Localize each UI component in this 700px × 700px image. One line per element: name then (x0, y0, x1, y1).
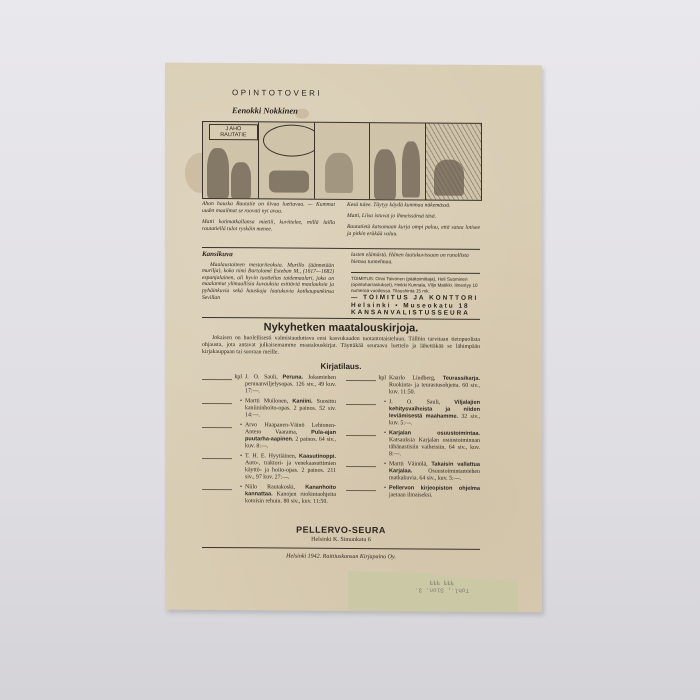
column-title: OPINTOTOVERI (232, 88, 322, 98)
advert-publisher: PELLERVO-SEURA (202, 524, 480, 536)
masthead: TOIMITUS: Onni Toivonen (päätoimittaja),… (351, 272, 480, 317)
caption: Kesä tulee. Täytyy käydä kummaa näkemäss… (347, 202, 480, 210)
masthead-publisher: KANSANVALISTUSSEURA (351, 309, 480, 317)
item-text: Kaarlo Lindberg, Teurassikarja. Ruokinta… (389, 375, 480, 397)
figure-conductor (402, 141, 420, 197)
divider (202, 247, 480, 250)
order-column-left: kplJ. O. Sauli, Peruna. Jokamiehen perun… (202, 374, 336, 509)
quantity-blank (346, 399, 376, 405)
quantity-blank (346, 375, 376, 381)
order-item: •Martti Väinölä, Takaisin vallattua Karj… (346, 461, 480, 483)
advert-intro: Jokaisen on huolellisesti valmistaudutta… (202, 335, 480, 357)
masthead-editors: TOIMITUS: Onni Toivonen (päätoimittaja),… (351, 276, 480, 295)
quantity-blank (202, 398, 232, 404)
comic-panel-4 (370, 123, 426, 199)
thought-bubble-train (263, 124, 315, 156)
figure-walkers (434, 160, 464, 196)
figure-girl (374, 149, 396, 199)
quantity-blank (202, 484, 232, 490)
item-marker: • (378, 430, 389, 458)
figure-children (325, 153, 353, 193)
cover-note-text: Maalaustaiteen mestariteoksia. Murillo (… (202, 262, 334, 302)
order-form: kplJ. O. Sauli, Peruna. Jokamiehen perun… (202, 374, 480, 510)
book-title: Karjalan osuustoimintaa. (389, 430, 480, 437)
item-marker: • (234, 422, 245, 450)
item-marker: • (234, 484, 245, 505)
item-text: Martti Väinölä, Takaisin vallattua Karja… (389, 461, 480, 483)
magazine-page: OPINTOTOVERI Eenokki Nokkinen J AHO RAUT… (165, 63, 542, 613)
book-title: Pellervon kirjeopiston ohjelma (389, 485, 480, 492)
address-label-line: Tohl., Sion. 3. (387, 585, 497, 594)
order-item: •Niilo Rautakoski, Kananhoito kannattaa.… (202, 484, 336, 506)
book-sign: J AHO RAUTATIE (209, 124, 258, 140)
book-title: Kaasutinoppi. (299, 454, 336, 460)
item-marker: kpl (234, 374, 245, 395)
cover-note-heading: Kansikuva (202, 251, 334, 259)
figure-child (231, 162, 251, 198)
advert-publisher-address: Helsinki K. Simonkatu 6 (202, 536, 480, 544)
divider (202, 317, 480, 320)
address-label-line: ꟻꟻꟻ ꟻꟻꟻ (387, 577, 497, 586)
item-marker: • (378, 485, 389, 499)
item-marker: • (378, 399, 389, 427)
item-marker: kpl (378, 375, 389, 396)
quantity-blank (346, 430, 376, 436)
item-text: J. O. Sauli, Peruna. Jokamiehen perunanv… (245, 374, 336, 396)
divider (202, 547, 480, 550)
item-text: Martti Muilonen, Kaniini. Suosittu kanii… (245, 398, 336, 420)
caption: Rautatietä katsomaan kurja ompi paluu, e… (347, 224, 480, 239)
figure-sled (269, 170, 309, 192)
order-item: kplKaarlo Lindberg, Teurassikarja. Ruoki… (346, 375, 480, 397)
order-heading: Kirjatilaus. (202, 361, 480, 372)
comic-author: Eenokki Nokkinen (232, 105, 298, 115)
caption: Ahon hauska Rautatie on kivaa luettavaa.… (202, 201, 335, 216)
order-item: kplJ. O. Sauli, Peruna. Jokamiehen perun… (202, 374, 336, 396)
item-text: Niilo Rautakoski, Kananhoito kannattaa. … (245, 484, 336, 506)
book-title: Peruna. (283, 375, 304, 381)
item-marker: • (234, 398, 245, 419)
book-title: Pula-ajan puutarha-aapinen. (245, 430, 336, 443)
comic-panel-5 (426, 124, 481, 200)
caption: Matti kotimatkallansa miettii, kuvittele… (202, 219, 335, 234)
figure-man (207, 148, 229, 198)
quantity-blank (346, 485, 376, 491)
order-item: •Arvo Haapanen-Väinö Lehtonen-Antero Vaa… (202, 422, 336, 451)
book-title: Teurassikarja. (443, 376, 480, 382)
book-title: Kananhoito kannattaa. (245, 485, 336, 498)
item-text: Arvo Haapanen-Väinö Lehtonen-Antero Vaar… (245, 422, 336, 451)
advert-title: Nykyhetken maatalouskirjoja. (202, 321, 480, 335)
order-item: •T. H. E. Hyytiäinen, Kaasutinoppi. Auto… (202, 453, 336, 482)
order-column-right: kplKaarlo Lindberg, Teurassikarja. Ruoki… (346, 375, 480, 510)
cover-note: Kansikuva Maalaustaiteen mestariteoksia.… (202, 251, 334, 302)
quantity-blank (202, 374, 232, 380)
comic-captions: Ahon hauska Rautatie on kivaa luettavaa.… (202, 201, 480, 243)
item-marker: • (378, 461, 389, 482)
comic-panel-2 (259, 122, 315, 198)
order-item: •J. O. Sauli, Viljalajien kehitysvaiheis… (346, 399, 480, 428)
caption: Matti, Liisa istuvat jo ihmeissänsä täsä… (347, 213, 480, 221)
printer-imprint: Helsinki 1942. Raittiuskansan Kirjapaino… (202, 553, 480, 561)
item-text: Pellervon kirjeopiston ohjelma jaetaan i… (389, 485, 480, 500)
comic-panel-1: J AHO RAUTATIE (203, 122, 259, 198)
order-item: •Martti Muilonen, Kaniini. Suosittu kani… (202, 398, 336, 420)
book-title: Takaisin vallattua Karjalaa. (389, 462, 480, 475)
order-item: •Pellervon kirjeopiston ohjelma jaetaan … (346, 485, 480, 500)
item-text: T. H. E. Hyytiäinen, Kaasutinoppi. Auto-… (245, 453, 336, 482)
quantity-blank (202, 422, 232, 428)
address-label: Tohl., Sion. 3. ꟻꟻꟻ ꟻꟻꟻ (387, 577, 497, 594)
quantity-blank (202, 453, 232, 459)
cover-note-continued: lasten elämästä. Hänen laatukuvissaan on… (351, 252, 480, 266)
order-item: •Karjalan osuustoimintaa. Katsauksia Kar… (346, 430, 480, 459)
quantity-blank (346, 461, 376, 467)
item-text: J. O. Sauli, Viljalajien kehitysvaiheist… (389, 399, 480, 428)
comic-panel-3 (315, 123, 371, 199)
book-title: Kaniini. (292, 399, 312, 405)
comic-strip: J AHO RAUTATIE (202, 121, 482, 201)
item-marker: • (234, 453, 245, 481)
book-title: Viljalajien kehitysvaiheista ja niiden l… (389, 400, 480, 420)
item-text: Karjalan osuustoimintaa. Katsauksia Karj… (389, 430, 480, 459)
